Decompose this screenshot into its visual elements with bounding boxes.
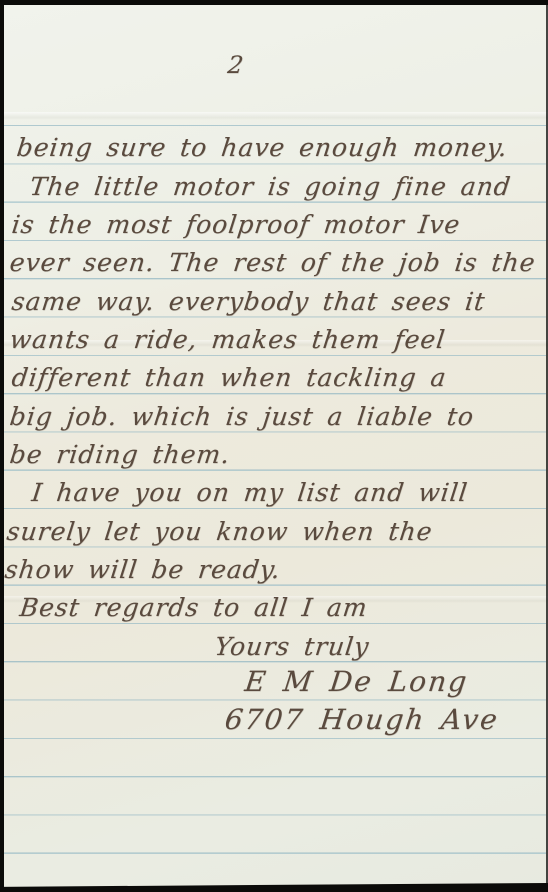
scanned-letter-page-2: 2 being sure to have enough money. The l… xyxy=(0,0,548,892)
scan-border-left xyxy=(0,0,4,892)
handwritten-line: I have you on my list and will xyxy=(30,478,470,508)
scan-border-top xyxy=(0,0,548,5)
handwritten-line: wants a ride, makes them feel xyxy=(8,325,447,355)
handwritten-line: big job. which is just a liable to xyxy=(8,402,476,432)
closing-line: Yours truly xyxy=(213,632,371,662)
handwritten-line: show will be ready. xyxy=(3,555,282,585)
handwritten-line: different than when tackling a xyxy=(10,363,448,393)
address-line: 6707 Hough Ave xyxy=(223,704,501,736)
handwritten-line: same way. everybody that sees it xyxy=(10,287,487,317)
handwritten-line: is the most foolproof motor Ive xyxy=(10,210,462,240)
handwritten-line: being sure to have enough money. xyxy=(15,133,510,163)
signature: E M De Long xyxy=(243,666,470,698)
handwritten-line: ever seen. The rest of the job is the xyxy=(8,248,537,278)
handwritten-line: The little motor is going fine and xyxy=(28,172,513,202)
handwritten-line: be riding them. xyxy=(8,440,232,470)
handwritten-line: Best regards to all I am xyxy=(18,593,369,623)
handwritten-line: surely let you know when the xyxy=(5,517,434,547)
